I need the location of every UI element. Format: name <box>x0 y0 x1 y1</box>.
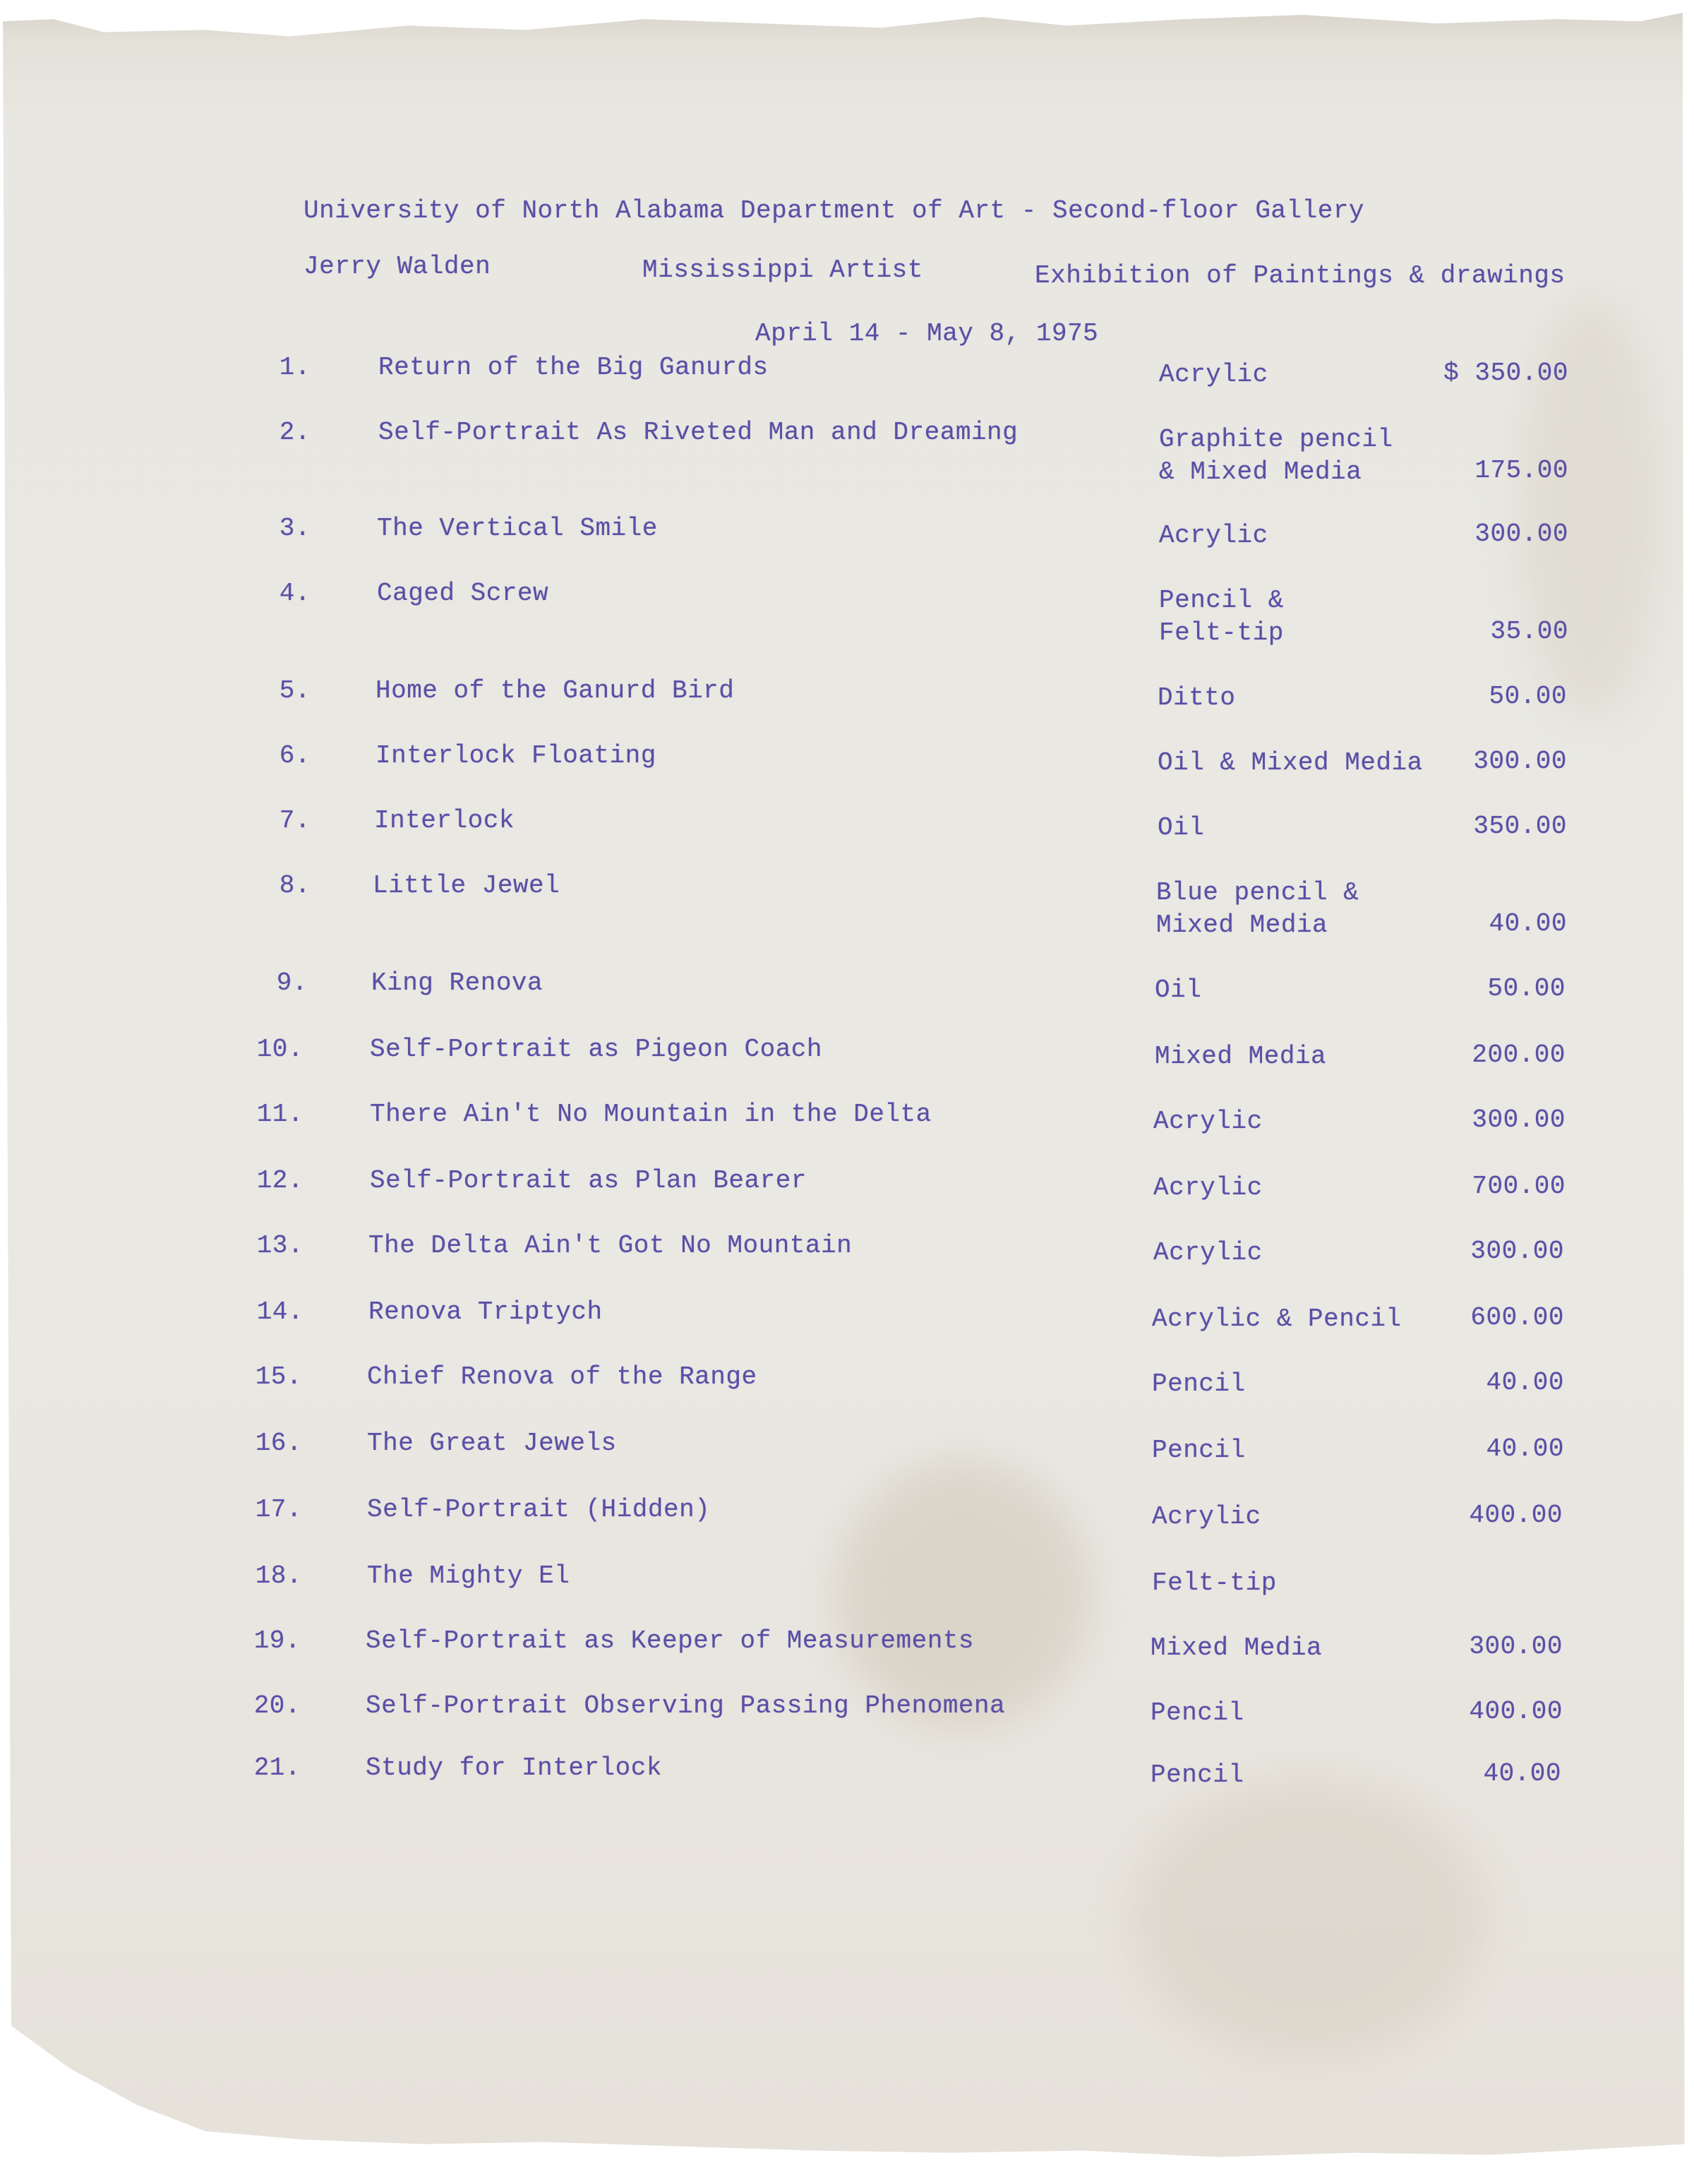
artwork-price: 300.00 <box>1398 747 1567 776</box>
artwork-title: Self-Portrait as Keeper of Measurements <box>366 1626 974 1655</box>
artist-name: Jerry Walden <box>304 252 491 281</box>
artwork-title: Self-Portrait as Pigeon Coach <box>370 1035 822 1064</box>
artwork-medium: Ditto <box>1158 682 1236 714</box>
item-number: 18. <box>224 1561 302 1590</box>
artwork-title: Self-Portrait Observing Passing Phenomen… <box>366 1691 1005 1720</box>
artwork-title: The Great Jewels <box>367 1429 617 1458</box>
artwork-title: Little Jewel <box>373 871 560 900</box>
item-number: 8. <box>233 871 311 900</box>
artwork-price: 40.00 <box>1395 1434 1564 1463</box>
artwork-title: Renova Triptych <box>368 1297 603 1326</box>
item-number: 10. <box>226 1035 304 1064</box>
artwork-medium: Acrylic & Pencil <box>1152 1303 1402 1336</box>
item-number: 3. <box>233 514 311 543</box>
artwork-title: Return of the Big Ganurds <box>378 353 769 382</box>
artwork-title: The Mighty El <box>367 1561 570 1590</box>
artwork-price: 40.00 <box>1395 1368 1564 1397</box>
item-number: 20. <box>223 1691 301 1720</box>
item-number: 12. <box>226 1166 304 1195</box>
artwork-price: 350.00 <box>1398 812 1567 841</box>
artwork-medium: Acrylic <box>1153 1172 1263 1204</box>
artwork-medium: Blue pencil & Mixed Media <box>1156 877 1359 942</box>
artwork-price: 600.00 <box>1395 1303 1564 1332</box>
artwork-price: 175.00 <box>1399 456 1568 485</box>
artwork-title: Caged Screw <box>377 579 548 608</box>
artwork-price: $ 350.00 <box>1399 359 1568 388</box>
artwork-medium: Pencil & Felt-tip <box>1159 584 1284 649</box>
artwork-title: Chief Renova of the Range <box>367 1362 757 1391</box>
artwork-medium: Acrylic <box>1152 1501 1261 1533</box>
artwork-medium: Acrylic <box>1159 359 1268 391</box>
item-number: 13. <box>226 1231 304 1260</box>
artwork-title: Interlock Floating <box>376 741 656 770</box>
artwork-price: 400.00 <box>1393 1697 1563 1726</box>
artwork-price: 40.00 <box>1392 1759 1561 1788</box>
institution-header: University of North Alabama Department o… <box>304 196 1364 225</box>
item-number: 7. <box>233 806 311 835</box>
artwork-title: Home of the Ganurd Bird <box>376 676 734 705</box>
artwork-medium: Acrylic <box>1153 1105 1263 1138</box>
artwork-medium: Acrylic <box>1153 1237 1263 1269</box>
artwork-title: Self-Portrait (Hidden) <box>367 1495 710 1524</box>
exhibition-price-list: University of North Alabama Department o… <box>0 0 1694 2184</box>
item-number: 4. <box>233 579 311 608</box>
artwork-title: King Renova <box>371 968 543 997</box>
item-number: 14. <box>226 1297 304 1326</box>
item-number: 2. <box>233 418 311 447</box>
item-number: 19. <box>223 1626 301 1655</box>
item-number: 17. <box>224 1495 302 1524</box>
artwork-title: Self-Portrait As Riveted Man and Dreamin… <box>378 418 1018 447</box>
artwork-price: 300.00 <box>1396 1105 1566 1134</box>
item-number: 11. <box>226 1100 304 1129</box>
artwork-title: Interlock <box>374 806 515 835</box>
artwork-medium: Pencil <box>1152 1434 1246 1467</box>
item-number: 6. <box>233 741 311 770</box>
artwork-price: 40.00 <box>1398 909 1567 938</box>
item-number: 1. <box>233 353 311 382</box>
artwork-medium: Acrylic <box>1159 520 1268 552</box>
item-number: 16. <box>224 1429 302 1458</box>
artwork-title: The Vertical Smile <box>377 514 658 543</box>
exhibition-dates: April 14 - May 8, 1975 <box>755 319 1098 348</box>
exhibition-title: Exhibition of Paintings & drawings <box>1035 261 1566 290</box>
artwork-medium: Graphite pencil & Mixed Media <box>1159 424 1393 488</box>
item-number: 5. <box>233 676 311 705</box>
artwork-medium: Mixed Media <box>1151 1632 1322 1664</box>
artwork-title: Study for Interlock <box>366 1753 662 1782</box>
artwork-medium: Oil & Mixed Media <box>1158 747 1423 779</box>
artwork-title: The Delta Ain't Got No Mountain <box>368 1231 852 1260</box>
artwork-medium: Pencil <box>1152 1368 1246 1400</box>
artwork-price: 35.00 <box>1399 617 1568 646</box>
artwork-price: 50.00 <box>1398 682 1567 711</box>
artwork-title: There Ain't No Mountain in the Delta <box>370 1100 932 1129</box>
artwork-price: 300.00 <box>1395 1237 1564 1266</box>
artwork-title: Self-Portrait as Plan Bearer <box>370 1166 807 1195</box>
artwork-medium: Felt-tip <box>1152 1567 1277 1600</box>
artwork-medium: Oil <box>1155 974 1201 1007</box>
artist-origin: Mississippi Artist <box>642 256 923 284</box>
artwork-price: 400.00 <box>1393 1501 1563 1530</box>
artwork-price: 300.00 <box>1399 520 1568 548</box>
artwork-medium: Pencil <box>1151 1697 1244 1729</box>
artwork-price: 300.00 <box>1393 1632 1563 1661</box>
item-number: 9. <box>230 968 308 997</box>
artwork-medium: Pencil <box>1151 1759 1244 1792</box>
artwork-price: 200.00 <box>1396 1040 1566 1069</box>
artwork-price: 50.00 <box>1396 974 1566 1003</box>
artwork-price: 700.00 <box>1396 1172 1566 1201</box>
item-number: 21. <box>223 1753 301 1782</box>
item-number: 15. <box>224 1362 302 1391</box>
artwork-medium: Mixed Media <box>1155 1040 1326 1073</box>
artwork-medium: Oil <box>1158 812 1204 844</box>
